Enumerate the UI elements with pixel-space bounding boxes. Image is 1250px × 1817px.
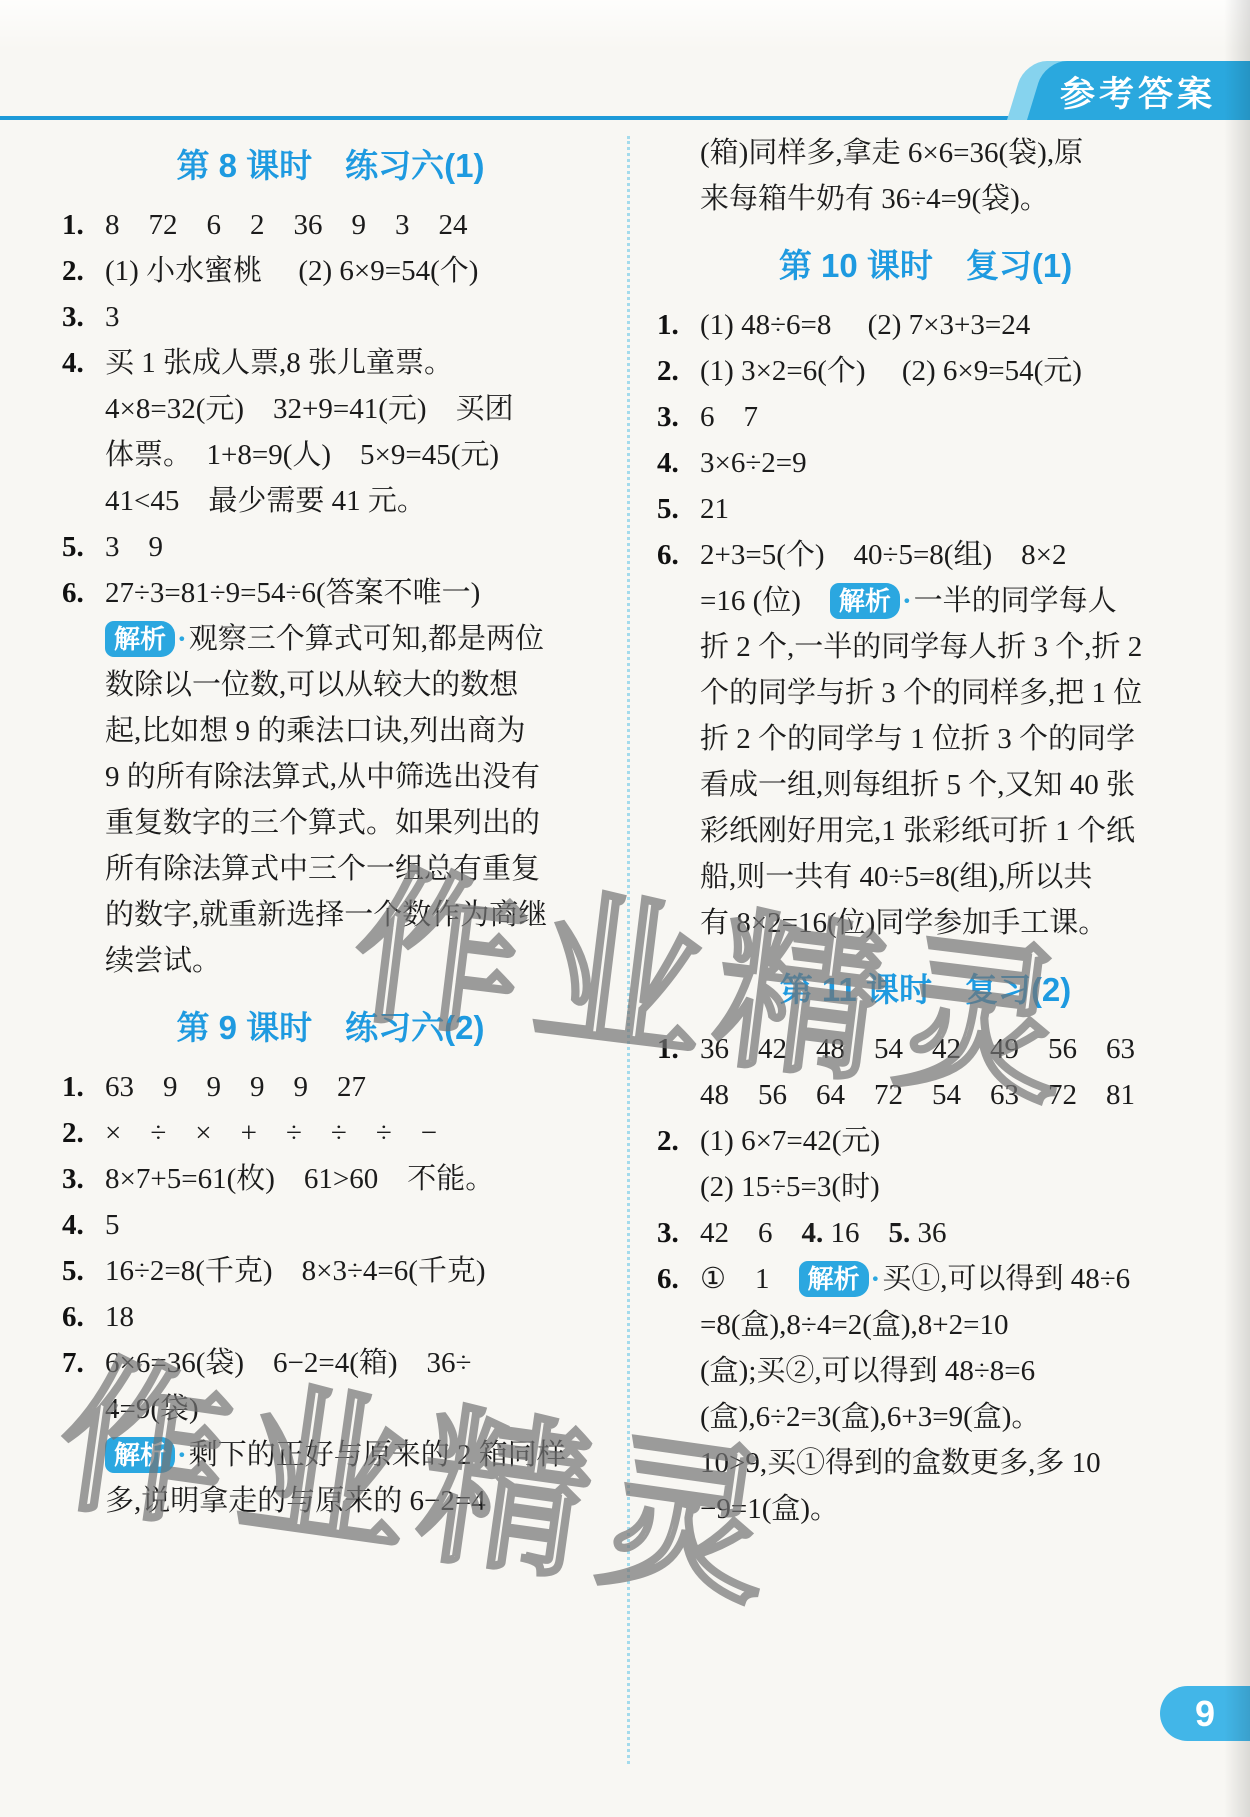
item-text: 买 1 张成人票,8 张儿童票。 4×8=32(元) 32+9=41(元) 买团… bbox=[105, 340, 599, 524]
item-number: 6. bbox=[657, 1256, 700, 1302]
item-number: 5. bbox=[62, 524, 105, 570]
badge-dot-icon: · bbox=[177, 1439, 187, 1471]
item-number: 1. bbox=[657, 302, 700, 348]
answer-page: 参考答案 第 8 课时 练习六(1)1.8 72 6 2 36 9 3 242.… bbox=[0, 0, 1250, 1817]
badge-dot-icon: · bbox=[871, 1263, 881, 1295]
answer-item: 5.3 9 bbox=[62, 524, 599, 570]
analysis-badge: 解析 bbox=[830, 583, 900, 619]
item-number: 1. bbox=[657, 1026, 700, 1072]
item-text: 解析·剩下的正好与原来的 2 箱同样 多,说明拿走的与原来的 6−2=4 bbox=[105, 1432, 599, 1524]
answer-item: 5.16÷2=8(千克) 8×3÷4=6(千克) bbox=[62, 1248, 599, 1294]
item-text: 42 6 4. 16 5. 36 bbox=[700, 1210, 1194, 1256]
left-column: 第 8 课时 练习六(1)1.8 72 6 2 36 9 3 242.(1) 小… bbox=[62, 138, 599, 1524]
answer-item: 6.① 1 解析·买①,可以得到 48÷6 =8(盒),8÷4=2(盒),8+2… bbox=[657, 1256, 1194, 1532]
item-text: (1) 6×7=42(元) (2) 15÷5=3(时) bbox=[700, 1118, 1194, 1210]
item-number: 5. bbox=[62, 1248, 105, 1294]
answer-item: 7.6×6=36(袋) 6−2=4(箱) 36÷ 4=9(袋) bbox=[62, 1340, 599, 1432]
badge-dot-icon: · bbox=[177, 623, 187, 655]
page-number-badge: 9 bbox=[1160, 1686, 1250, 1741]
item-number: 1. bbox=[62, 1064, 105, 1110]
answers-header-badge: 参考答案 bbox=[1060, 67, 1216, 117]
answer-item: 1.8 72 6 2 36 9 3 24 bbox=[62, 202, 599, 248]
item-number: 7. bbox=[62, 1340, 105, 1386]
item-text: 16÷2=8(千克) 8×3÷4=6(千克) bbox=[105, 1248, 599, 1294]
item-text: 8×7+5=61(枚) 61>60 不能。 bbox=[105, 1156, 599, 1202]
item-number: 3. bbox=[657, 1210, 700, 1256]
item-text: 63 9 9 9 9 27 bbox=[105, 1064, 599, 1110]
answer-item: 2.(1) 小水蜜桃 (2) 6×9=54(个) bbox=[62, 248, 599, 294]
item-text: 18 bbox=[105, 1294, 599, 1340]
answer-item: 2.(1) 3×2=6(个) (2) 6×9=54(元) bbox=[657, 348, 1194, 394]
item-text: (1) 3×2=6(个) (2) 6×9=54(元) bbox=[700, 348, 1194, 394]
item-number: 3. bbox=[62, 1156, 105, 1202]
item-number: 4. bbox=[62, 1202, 105, 1248]
item-text: (1) 小水蜜桃 (2) 6×9=54(个) bbox=[105, 248, 599, 294]
answer-item: 4.买 1 张成人票,8 张儿童票。 4×8=32(元) 32+9=41(元) … bbox=[62, 340, 599, 524]
answer-item: 4.5 bbox=[62, 1202, 599, 1248]
answer-item: 1.63 9 9 9 9 27 bbox=[62, 1064, 599, 1110]
page-number: 9 bbox=[1195, 1693, 1215, 1735]
answer-item: 1.(1) 48÷6=8 (2) 7×3+3=24 bbox=[657, 302, 1194, 348]
analysis-badge: 解析 bbox=[105, 621, 175, 657]
item-number: 4. bbox=[62, 340, 105, 386]
explanation-paragraph: (箱)同样多,拿走 6×6=36(袋),原 来每箱牛奶有 36÷4=9(袋)。 bbox=[657, 130, 1194, 222]
column-divider bbox=[627, 136, 630, 1764]
answer-item: 2.(1) 6×7=42(元) (2) 15÷5=3(时) bbox=[657, 1118, 1194, 1210]
page-top-shading bbox=[0, 0, 1250, 50]
item-text: 5 bbox=[105, 1202, 599, 1248]
item-number: 2. bbox=[657, 1118, 700, 1164]
item-text: 3 bbox=[105, 294, 599, 340]
explanation-paragraph: 解析·剩下的正好与原来的 2 箱同样 多,说明拿走的与原来的 6−2=4 bbox=[62, 1432, 599, 1524]
item-text: 36 42 48 54 42 49 56 63 48 56 64 72 54 6… bbox=[700, 1026, 1194, 1118]
answer-item: 3.3 bbox=[62, 294, 599, 340]
answer-item: 2.× ÷ × + ÷ ÷ ÷ − bbox=[62, 1110, 599, 1156]
item-text: 2+3=5(个) 40÷5=8(组) 8×2 =16 (位) 解析·一半的同学每… bbox=[700, 532, 1194, 946]
item-text: (箱)同样多,拿走 6×6=36(袋),原 来每箱牛奶有 36÷4=9(袋)。 bbox=[700, 130, 1194, 222]
analysis-badge: 解析 bbox=[799, 1261, 869, 1297]
item-number: 6. bbox=[62, 570, 105, 616]
answer-item: 6.2+3=5(个) 40÷5=8(组) 8×2 =16 (位) 解析·一半的同… bbox=[657, 532, 1194, 946]
item-number: 4. bbox=[657, 440, 700, 486]
answer-item: 3.42 6 4. 16 5. 36 bbox=[657, 1210, 1194, 1256]
item-number: 6. bbox=[62, 1294, 105, 1340]
item-text: 27÷3=81÷9=54÷6(答案不唯一) 解析·观察三个算式可知,都是两位 数… bbox=[105, 570, 599, 984]
item-number: 2. bbox=[62, 1110, 105, 1156]
answer-item: 6.18 bbox=[62, 1294, 599, 1340]
answer-item: 6.27÷3=81÷9=54÷6(答案不唯一) 解析·观察三个算式可知,都是两位… bbox=[62, 570, 599, 984]
item-text: ① 1 解析·买①,可以得到 48÷6 =8(盒),8÷4=2(盒),8+2=1… bbox=[700, 1256, 1194, 1532]
item-text: 21 bbox=[700, 486, 1194, 532]
badge-dot-icon: · bbox=[902, 585, 912, 617]
item-text: 6 7 bbox=[700, 394, 1194, 440]
section-heading: 第 8 课时 练习六(1) bbox=[62, 146, 599, 186]
scan-edge-shadow bbox=[1224, 0, 1250, 1817]
answer-item: 5.21 bbox=[657, 486, 1194, 532]
answer-item: 3.8×7+5=61(枚) 61>60 不能。 bbox=[62, 1156, 599, 1202]
section-heading: 第 9 课时 练习六(2) bbox=[62, 1008, 599, 1048]
item-number: 3. bbox=[62, 294, 105, 340]
item-text: 3×6÷2=9 bbox=[700, 440, 1194, 486]
analysis-badge: 解析 bbox=[105, 1437, 175, 1473]
item-number: 3. bbox=[657, 394, 700, 440]
item-number: 2. bbox=[657, 348, 700, 394]
item-number: 6. bbox=[657, 532, 700, 578]
answer-item: 4.3×6÷2=9 bbox=[657, 440, 1194, 486]
item-text: 6×6=36(袋) 6−2=4(箱) 36÷ 4=9(袋) bbox=[105, 1340, 599, 1432]
section-heading: 第 11 课时 复习(2) bbox=[657, 970, 1194, 1010]
answer-item: 1.36 42 48 54 42 49 56 63 48 56 64 72 54… bbox=[657, 1026, 1194, 1118]
item-number: 5. bbox=[657, 486, 700, 532]
item-text: 8 72 6 2 36 9 3 24 bbox=[105, 202, 599, 248]
item-number: 1. bbox=[62, 202, 105, 248]
section-heading: 第 10 课时 复习(1) bbox=[657, 246, 1194, 286]
item-text: (1) 48÷6=8 (2) 7×3+3=24 bbox=[700, 302, 1194, 348]
right-column: (箱)同样多,拿走 6×6=36(袋),原 来每箱牛奶有 36÷4=9(袋)。第… bbox=[657, 130, 1194, 1532]
item-number: 2. bbox=[62, 248, 105, 294]
item-text: 3 9 bbox=[105, 524, 599, 570]
answer-item: 3.6 7 bbox=[657, 394, 1194, 440]
item-text: × ÷ × + ÷ ÷ ÷ − bbox=[105, 1110, 599, 1156]
